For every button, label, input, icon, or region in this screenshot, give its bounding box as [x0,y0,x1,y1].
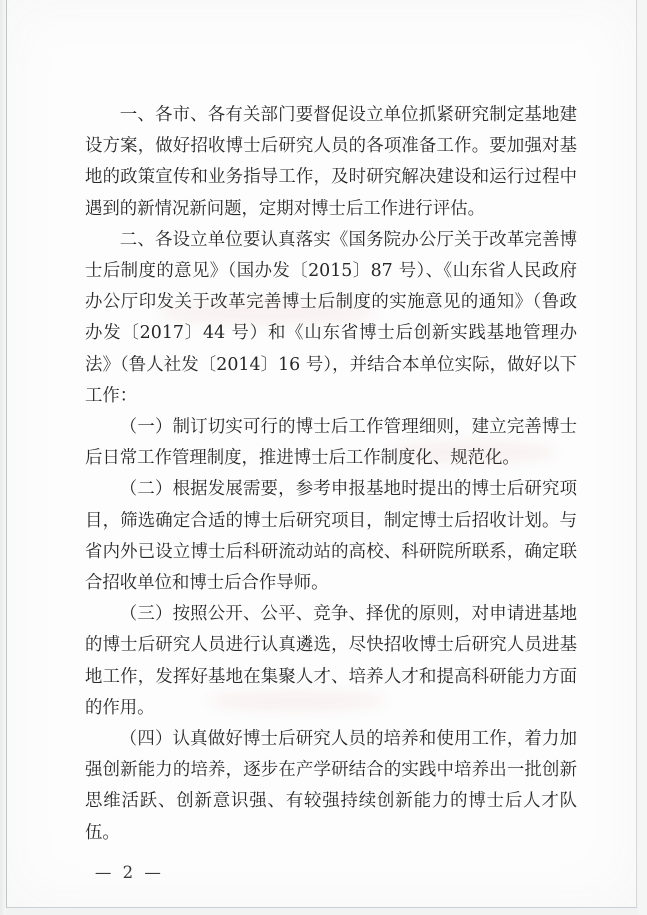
paragraph-item-1: 一、各市、各有关部门要督促设立单位抓紧研究制定基地建设方案，做好招收博士后研究人… [85,100,577,225]
paragraph-subitem-2: （二）根据发展需要，参考申报基地时提出的博士后研究项目，筛选确定合适的博士后研究… [85,474,577,599]
paragraph-item-2: 二、各设立单位要认真落实《国务院办公厅关于改革完善博士后制度的意见》（国办发〔2… [85,225,577,412]
paragraph-subitem-3: （三）按照公开、公平、竞争、择优的原则，对申请进基地的博士后研究人员进行认真遴选… [85,599,577,724]
scan-edge-right [638,0,647,915]
scanned-page: 一、各市、各有关部门要督促设立单位抓紧研究制定基地建设方案，做好招收博士后研究人… [6,0,637,908]
paragraph-subitem-1: （一）制订切实可行的博士后工作管理细则，建立完善博士后日常工作管理制度，推进博士… [85,412,577,474]
page-number: — 2 — [85,857,577,888]
paragraph-subitem-4: （四）认真做好博士后研究人员的培养和使用工作，着力加强创新能力的培养，逐步在产学… [85,724,577,849]
scanned-document: 一、各市、各有关部门要督促设立单位抓紧研究制定基地建设方案，做好招收博士后研究人… [0,0,647,915]
document-body: 一、各市、各有关部门要督促设立单位抓紧研究制定基地建设方案，做好招收博士后研究人… [85,100,577,888]
